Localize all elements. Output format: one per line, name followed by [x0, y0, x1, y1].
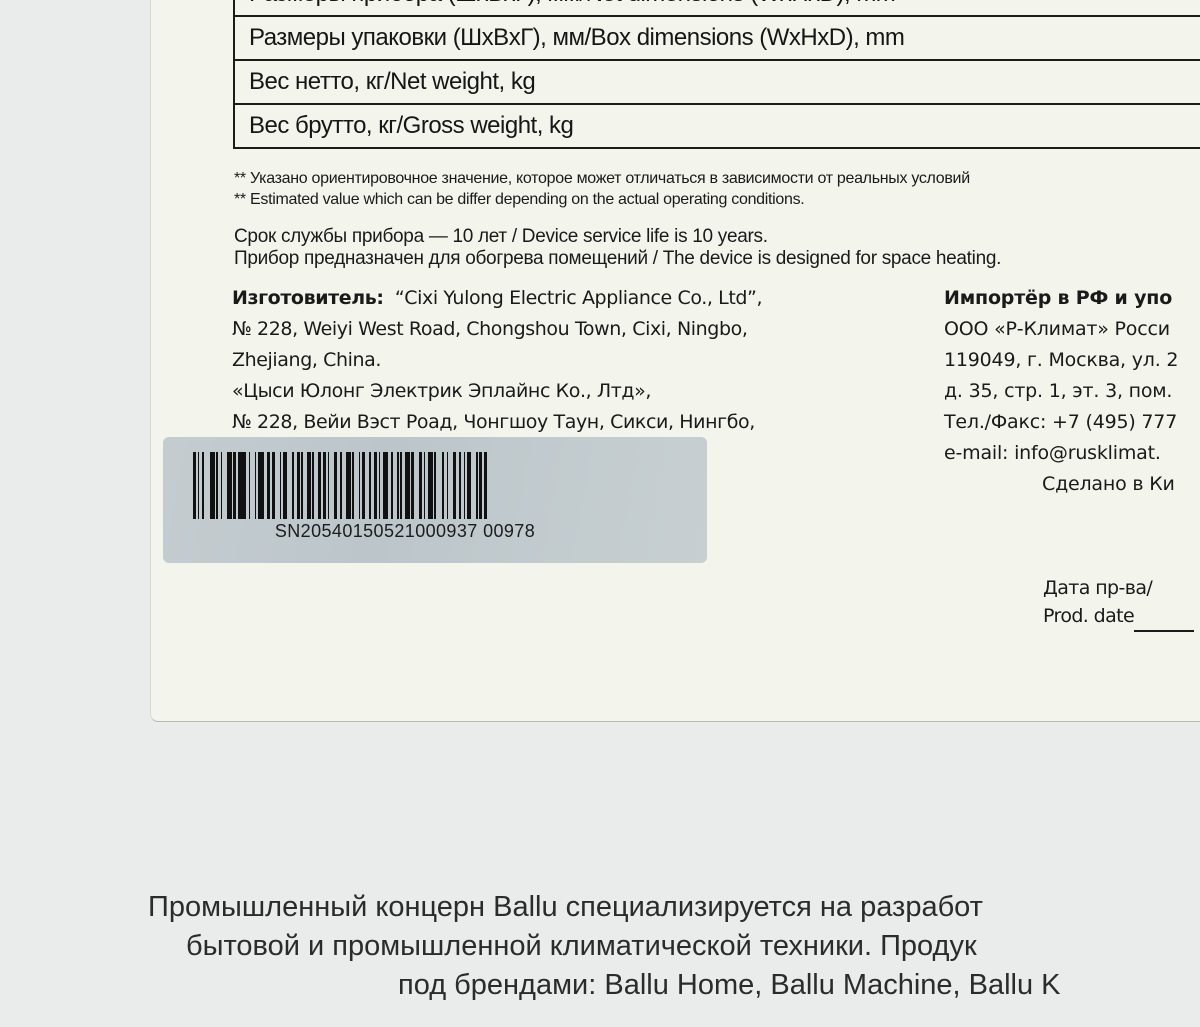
production-date-label-en: Prod. date: [1043, 605, 1134, 627]
barcode-sticker: SN20540150521000937 00978: [163, 437, 707, 563]
footnote-en: ** Estimated value which can be differ d…: [234, 189, 970, 210]
importer-label: Импортёр в РФ и упо: [944, 283, 1178, 314]
spec-label: Размеры упаковки (ШxВxГ), мм/Box dimensi…: [234, 16, 1200, 60]
manufacturer-address-en-1: № 228, Weiyi West Road, Chongshou Town, …: [232, 314, 762, 345]
importer-block: Импортёр в РФ и упо ООО «Р-Климат» Росси…: [944, 283, 1178, 500]
importer-phone: Тел./Факс: +7 (495) 777: [944, 407, 1178, 438]
importer-email: e-mail: info@rusklimat.: [944, 438, 1178, 469]
purpose-text: Прибор предназначен для обогрева помещен…: [234, 248, 1001, 270]
manufacturer-name-ru: «Цыси Юлонг Электрик Эплайнс Ко., Лтд»,: [232, 376, 762, 407]
device-info: Срок службы прибора — 10 лет / Device se…: [234, 226, 1001, 270]
spec-row-net-dimensions: Размеры прибора (ШxВxГ), мм/Net dimensio…: [234, 0, 1200, 16]
production-date-field: Дата пр-ва/ Prod. date: [1043, 574, 1194, 632]
spec-row-gross-weight: Вес брутто, кг/Gross weight, kg: [234, 104, 1200, 148]
manufacturer-label: Изготовитель:: [232, 287, 384, 309]
production-date-blank: [1134, 602, 1194, 632]
box-text-line-1: Промышленный концерн Ballu специализируе…: [148, 888, 983, 927]
importer-address-1: 119049, г. Москва, ул. 2: [944, 345, 1178, 376]
spec-row-net-weight: Вес нетто, кг/Net weight, kg: [234, 60, 1200, 104]
manufacturer-address-en-2: Zhejiang, China.: [232, 345, 762, 376]
footnote-ru: ** Указано ориентировочное значение, кот…: [234, 168, 970, 189]
spec-label: Вес брутто, кг/Gross weight, kg: [234, 104, 1200, 148]
box-text-line-2: бытовой и промышленной климатической тех…: [186, 927, 977, 966]
serial-number: SN20540150521000937 00978: [163, 521, 707, 542]
importer-company: ООО «Р-Климат» Росси: [944, 314, 1178, 345]
manufacturer-address-ru-1: № 228, Вейи Вэст Роад, Чонгшоу Таун, Сик…: [232, 407, 762, 438]
manufacturer-block: Изготовитель: “Cixi Yulong Electric Appl…: [232, 283, 762, 438]
manufacturer-name-en: “Cixi Yulong Electric Appliance Co., Ltd…: [395, 287, 762, 309]
spec-table: Размеры прибора (ШxВxГ), мм/Net dimensio…: [233, 0, 1200, 149]
made-in-text: Сделано в Ки: [944, 469, 1178, 500]
box-text-line-3: под брендами: Ballu Home, Ballu Machine,…: [398, 966, 1061, 1005]
footnotes: ** Указано ориентировочное значение, кот…: [234, 168, 970, 210]
production-date-label-ru: Дата пр-ва/: [1043, 574, 1194, 602]
service-life-text: Срок службы прибора — 10 лет / Device se…: [234, 226, 1001, 248]
barcode-icon: [193, 452, 693, 519]
spec-label: Вес нетто, кг/Net weight, kg: [234, 60, 1200, 104]
spec-label: Размеры прибора (ШxВxГ), мм/Net dimensio…: [234, 0, 1200, 16]
spec-row-box-dimensions: Размеры упаковки (ШxВxГ), мм/Box dimensi…: [234, 16, 1200, 60]
importer-address-2: д. 35, стр. 1, эт. 3, пом.: [944, 376, 1178, 407]
